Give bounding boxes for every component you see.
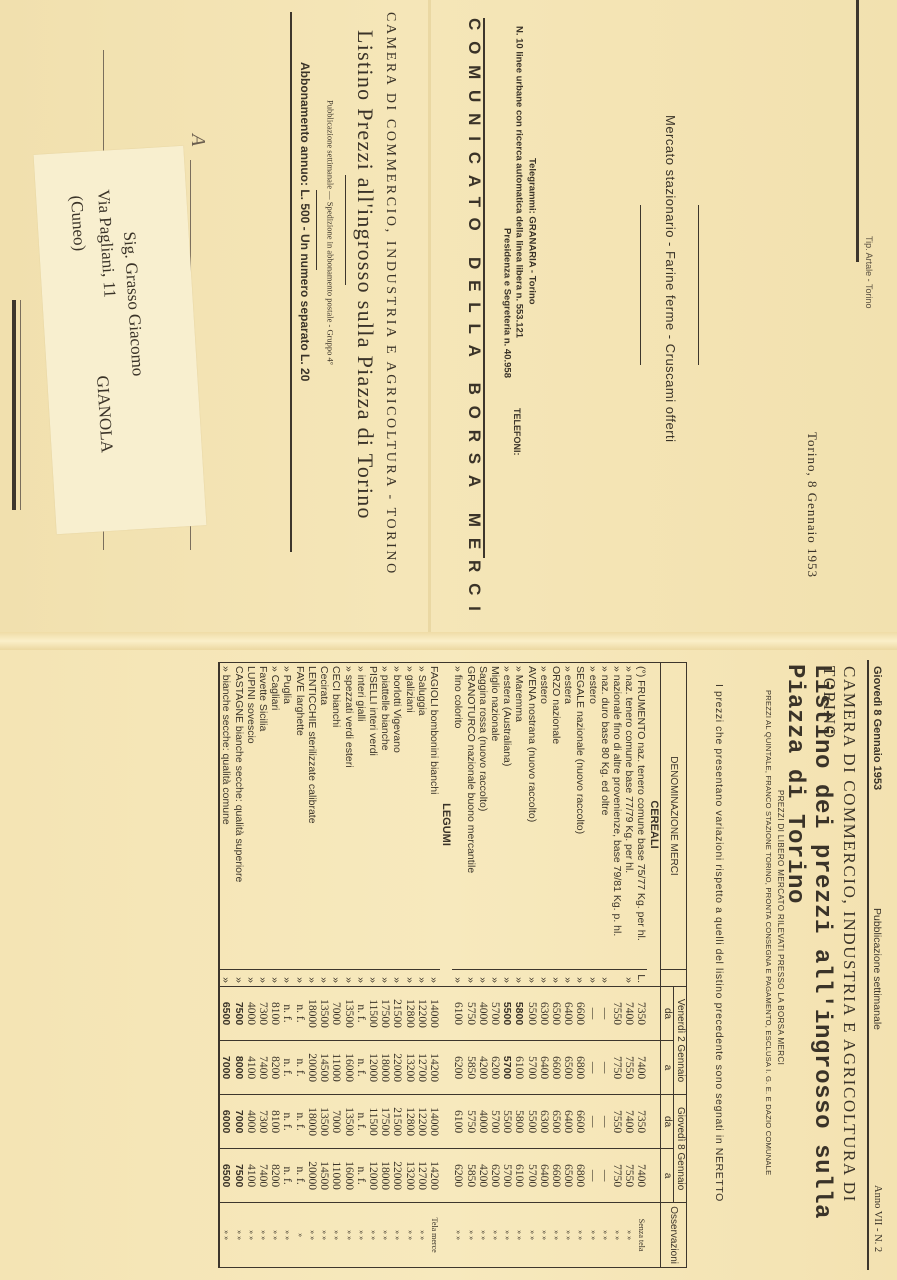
- table-row: Favette Sicilia»7300740073007400» »: [257, 663, 269, 1268]
- unit: »: [379, 970, 391, 987]
- curr-from: —: [586, 1095, 598, 1149]
- cover-chamber: CAMERA DI COMMERCIO, INDUSTRIA E AGRICOL…: [383, 12, 397, 576]
- cover-title-rule: [345, 175, 346, 285]
- curr-to: 4200: [477, 1149, 489, 1203]
- curr-from: 12200: [416, 1095, 428, 1149]
- col-header-name: DENOMINAZIONE MERCI: [660, 663, 686, 970]
- table-row: » Puglia»n. f.n. f.n. f.n. f.» »: [281, 663, 293, 1268]
- curr-to: —: [586, 1149, 598, 1203]
- unit: »: [281, 970, 293, 987]
- curr-from: 13500: [318, 1095, 330, 1149]
- table-row: Saggina rossa (nuovo raccolto)»400042004…: [477, 663, 489, 1268]
- prev-from: n. f.: [281, 987, 293, 1041]
- telefoni-line-1: Presidenza e Segreteria n. 40.958: [502, 228, 512, 378]
- observations: » »: [452, 1203, 464, 1268]
- prev-from: 4000: [245, 987, 257, 1041]
- table-row: » nazionale fino di altre provenienze, b…: [611, 663, 623, 1268]
- curr-to: 8200: [269, 1149, 281, 1203]
- curr-from: 5800: [513, 1095, 525, 1149]
- unit: »: [403, 970, 415, 987]
- commodity-name: LENTICCHIE sterilizzate calibrate: [306, 663, 318, 970]
- commodity-name: » Cagliari: [269, 663, 281, 970]
- commodity-name: » borlotti Vigevano: [391, 663, 403, 970]
- curr-from: 6400: [562, 1095, 574, 1149]
- unit: [611, 970, 623, 987]
- unit: »: [342, 970, 354, 987]
- prev-to: 5700: [501, 1041, 513, 1095]
- table-row: » Saluggia»12200127001220012700» »: [416, 663, 428, 1268]
- curr-to: 6500: [219, 1149, 232, 1203]
- observations: » »: [281, 1203, 293, 1268]
- prev-to: 8200: [269, 1041, 281, 1095]
- table-row: GRANOTURCO nazionale buono mercantile»57…: [464, 663, 476, 1268]
- table-row: » interi gialli»n. f.n. f.n. f.n. f.» »: [355, 663, 367, 1268]
- unit: »: [501, 970, 513, 987]
- curr-from: 4000: [245, 1095, 257, 1149]
- observations: » »: [330, 1203, 342, 1268]
- commodity-name: » estero: [586, 663, 598, 970]
- observations: » »: [538, 1203, 550, 1268]
- col-header-unit: [660, 970, 686, 987]
- observations: » »: [489, 1203, 501, 1268]
- table-row: AVENA nostrana (nuovo raccolto)»55005700…: [525, 663, 537, 1268]
- cover-title: Listino Prezzi all'ingrosso sulla Piazza…: [354, 30, 376, 520]
- table-row: LUPINI sovescio»4000410040004100» »: [245, 663, 257, 1268]
- prev-to: 5700: [525, 1041, 537, 1095]
- curr-to: 6200: [489, 1149, 501, 1203]
- fold-line: [428, 0, 431, 640]
- commodity-name: CECI bianchi: [330, 663, 342, 970]
- observations: » »: [355, 1203, 367, 1268]
- col-header-obs: Osservazioni: [660, 1203, 686, 1268]
- table-row: » galiziani»12800132001280013200» »: [403, 663, 415, 1268]
- prev-to: n. f.: [281, 1041, 293, 1095]
- curr-from: 7550: [611, 1095, 623, 1149]
- prev-from: 21500: [391, 987, 403, 1041]
- prev-from: 5700: [489, 987, 501, 1041]
- curr-to: n. f.: [294, 1149, 306, 1203]
- curr-to: 6600: [550, 1149, 562, 1203]
- prev-to: 7550: [623, 1041, 635, 1095]
- observations: » »: [477, 1203, 489, 1268]
- commodity-name: » estera (Australiana): [501, 663, 513, 970]
- observations: » »: [513, 1203, 525, 1268]
- prev-to: n. f.: [294, 1041, 306, 1095]
- curr-from: 14000: [428, 1095, 440, 1149]
- curr-to: 7500: [232, 1149, 244, 1203]
- prev-to: —: [599, 1041, 611, 1095]
- observations: » »: [623, 1203, 635, 1268]
- commodity-name: » interi gialli: [355, 663, 367, 970]
- publication-note: Pubblicazione settimanale — Spedizione i…: [326, 100, 335, 365]
- col-header-curr-to: a: [660, 1149, 673, 1203]
- table-row: LENTICCHIE sterilizzate calibrate»180002…: [306, 663, 318, 1268]
- observations: » »: [391, 1203, 403, 1268]
- curr-from: 6300: [538, 1095, 550, 1149]
- table-row: » spezzati verdi esteri»1350016000135001…: [342, 663, 354, 1268]
- handwritten-mark: A: [188, 134, 208, 146]
- curr-to: 4100: [245, 1149, 257, 1203]
- publication-rule: [316, 190, 317, 270]
- col-header-prev-to: a: [660, 1041, 673, 1095]
- curr-to: 13200: [403, 1149, 415, 1203]
- curr-to: 20000: [306, 1149, 318, 1203]
- address-bar: [12, 300, 16, 510]
- listino-page: Giovedì 8 Gennaio 1953 Pubblicazione set…: [0, 650, 897, 1280]
- unit: »: [257, 970, 269, 987]
- unit: »: [586, 970, 598, 987]
- prev-to: 6400: [538, 1041, 550, 1095]
- observations: » »: [306, 1203, 318, 1268]
- table-row: CECI bianchi»700011000700011000» »: [330, 663, 342, 1268]
- prev-from: 7500: [232, 987, 244, 1041]
- prev-to: 14500: [318, 1041, 330, 1095]
- prev-to: 12700: [416, 1041, 428, 1095]
- unit: »: [416, 970, 428, 987]
- curr-to: 6400: [538, 1149, 550, 1203]
- curr-from: 7400: [623, 1095, 635, 1149]
- prev-to: 6100: [513, 1041, 525, 1095]
- curr-to: n. f.: [281, 1149, 293, 1203]
- commodity-name: SEGALE nazionale (nuovo raccolto): [574, 663, 586, 970]
- prev-to: 8000: [232, 1041, 244, 1095]
- comunicato-rule: [483, 18, 485, 558]
- commodity-name: FAGIOLI bombonini bianchi: [428, 663, 440, 970]
- observations: » »: [245, 1203, 257, 1268]
- col-header-prev: Venerdì 2 Gennaio: [673, 987, 686, 1095]
- unit: »: [391, 970, 403, 987]
- curr-from: 4000: [477, 1095, 489, 1149]
- curr-to: 14200: [428, 1149, 440, 1203]
- prev-to: 5850: [464, 1041, 476, 1095]
- prev-to: 14200: [428, 1041, 440, 1095]
- table-row: Miglio nazionale»5700620057006200» »: [489, 663, 501, 1268]
- prev-to: 6500: [562, 1041, 574, 1095]
- unit: »: [489, 970, 501, 987]
- prev-to: 11000: [330, 1041, 342, 1095]
- issue-publication: Pubblicazione settimanale: [871, 908, 883, 1030]
- commodity-name: LUPINI sovescio: [245, 663, 257, 970]
- curr-from: 6100: [452, 1095, 464, 1149]
- prev-to: 20000: [306, 1041, 318, 1095]
- unit: »: [525, 970, 537, 987]
- prev-to: 6600: [550, 1041, 562, 1095]
- prev-from: 6400: [562, 987, 574, 1041]
- prev-to: n. f.: [355, 1041, 367, 1095]
- unit: »: [294, 970, 306, 987]
- commodity-name: » fino colorito: [452, 663, 464, 970]
- curr-from: 7350: [635, 1095, 647, 1149]
- commodity-name: » naz. tenero comune base 77/79 Kg. per …: [623, 663, 635, 970]
- unit: »: [269, 970, 281, 987]
- prev-to: 4100: [245, 1041, 257, 1095]
- commodity-name: » Maremma: [513, 663, 525, 970]
- curr-to: 12000: [367, 1149, 379, 1203]
- prev-to: 7000: [219, 1041, 232, 1095]
- curr-to: 7400: [635, 1149, 647, 1203]
- observations: » »: [611, 1203, 623, 1268]
- table-row: » piattelle bianche»17500180001750018000…: [379, 663, 391, 1268]
- comunicato-title: COMUNICATO DELLA BORSA MERCI: [466, 18, 483, 622]
- curr-to: 6500: [562, 1149, 574, 1203]
- curr-from: n. f.: [294, 1095, 306, 1149]
- unit: »: [464, 970, 476, 987]
- commodity-name: (°) FRUMENTO naz. tenero comune base 75/…: [635, 663, 647, 970]
- table-row: » Cagliari»8100820081008200» »: [269, 663, 281, 1268]
- prev-from: 5750: [464, 987, 476, 1041]
- prev-to: 12000: [367, 1041, 379, 1095]
- unit: »: [599, 970, 611, 987]
- table-row: » naz. duro base 80 Kg. ed oltre»————» »: [599, 663, 611, 1268]
- commodity-name: » naz. duro base 80 Kg. ed oltre: [599, 663, 611, 970]
- unit: »: [232, 970, 244, 987]
- telefoni-label: TELEFONI:: [512, 408, 521, 456]
- commodity-name: » galiziani: [403, 663, 415, 970]
- table-row: (°) FRUMENTO naz. tenero comune base 75/…: [635, 663, 647, 1268]
- prev-to: 13200: [403, 1041, 415, 1095]
- curr-from: 7300: [257, 1095, 269, 1149]
- unit: »: [623, 970, 635, 987]
- prev-from: 6100: [452, 987, 464, 1041]
- address-province: (Cuneo): [68, 195, 88, 252]
- section-cereali: CEREALI: [647, 663, 660, 987]
- prev-from: 6500: [219, 987, 232, 1041]
- issue-number: Anno VII - N. 2: [872, 1185, 883, 1252]
- section-legumi: LEGUMI: [440, 663, 452, 987]
- prev-to: 18000: [379, 1041, 391, 1095]
- observations: » »: [464, 1203, 476, 1268]
- unit: »: [245, 970, 257, 987]
- cover-top-rule: [856, 0, 859, 262]
- unit: »: [538, 970, 550, 987]
- curr-to: 6800: [574, 1149, 586, 1203]
- observations: » »: [379, 1203, 391, 1268]
- prev-to: 7400: [635, 1041, 647, 1095]
- prev-from: 6500: [550, 987, 562, 1041]
- observations: » »: [501, 1203, 513, 1268]
- curr-to: 18000: [379, 1149, 391, 1203]
- prev-from: 7300: [257, 987, 269, 1041]
- observations: Tela merce: [428, 1203, 440, 1268]
- commodity-name: CASTAGNE bianche secche: qualità superio…: [232, 663, 244, 970]
- prev-from: n. f.: [355, 987, 367, 1041]
- unit: »: [367, 970, 379, 987]
- prev-from: 18000: [306, 987, 318, 1041]
- curr-from: 7000: [232, 1095, 244, 1149]
- curr-to: 22000: [391, 1149, 403, 1203]
- observations: » »: [342, 1203, 354, 1268]
- curr-to: 5850: [464, 1149, 476, 1203]
- unit: »: [330, 970, 342, 987]
- table-row: FAGIOLI bombonini bianchi»14000142001400…: [428, 663, 440, 1268]
- address-label: [34, 146, 207, 534]
- observations: » »: [403, 1203, 415, 1268]
- commodity-name: FAVE larghette: [294, 663, 306, 970]
- table-row: » estera (Australiana)»5500570055005700»…: [501, 663, 513, 1268]
- prev-to: 6200: [452, 1041, 464, 1095]
- prev-to: 6200: [489, 1041, 501, 1095]
- listino-subtitle-1: PREZZI DI LIBERO MERCATO RILEVATI PRESSO…: [776, 790, 785, 1065]
- table-row: Cecirata»13500145001350014500» »: [318, 663, 330, 1268]
- curr-to: n. f.: [355, 1149, 367, 1203]
- curr-from: n. f.: [281, 1095, 293, 1149]
- curr-from: 5700: [489, 1095, 501, 1149]
- observations: » »: [525, 1203, 537, 1268]
- commodity-name: » spezzati verdi esteri: [342, 663, 354, 970]
- header-rule: [868, 660, 870, 1270]
- table-row: » naz. tenero comune base 77/79 Kg. per …: [623, 663, 635, 1268]
- table-row: PISELLI interi verdi»1150012000115001200…: [367, 663, 379, 1268]
- curr-from: 13500: [342, 1095, 354, 1149]
- prev-to: 16000: [342, 1041, 354, 1095]
- issue-date: Giovedì 8 Gennaio 1953: [871, 666, 883, 790]
- observations: » »: [367, 1203, 379, 1268]
- observations: » »: [586, 1203, 598, 1268]
- unit: »: [562, 970, 574, 987]
- unit: »: [219, 970, 232, 987]
- commodity-name: Saggina rossa (nuovo raccolto): [477, 663, 489, 970]
- commodity-name: » Saluggia: [416, 663, 428, 970]
- unit: »: [428, 970, 440, 987]
- telegrammi: Telegrammi: GRANARIA - Torino: [527, 158, 537, 305]
- prev-from: 17500: [379, 987, 391, 1041]
- prev-from: 13500: [318, 987, 330, 1041]
- unit: »: [355, 970, 367, 987]
- subscription-note: Abbonamento annuo: L. 500 - Un numero se…: [299, 62, 311, 381]
- curr-from: —: [599, 1095, 611, 1149]
- commodity-name: » estero: [538, 663, 550, 970]
- prev-from: 12800: [403, 987, 415, 1041]
- col-header-curr-from: da: [660, 1095, 673, 1149]
- prev-from: 7000: [330, 987, 342, 1041]
- curr-from: 18000: [306, 1095, 318, 1149]
- observations: » »: [257, 1203, 269, 1268]
- unit: »: [574, 970, 586, 987]
- prev-from: 12200: [416, 987, 428, 1041]
- curr-to: —: [599, 1149, 611, 1203]
- curr-to: 7750: [611, 1149, 623, 1203]
- address-line-3: [20, 300, 21, 510]
- unit: »: [318, 970, 330, 987]
- table-row: » estero»6300640063006400» »: [538, 663, 550, 1268]
- prev-from: —: [599, 987, 611, 1041]
- curr-from: 6600: [574, 1095, 586, 1149]
- cover-bottom-rule: [290, 12, 292, 552]
- commodity-name: » nazionale fino di altre provenienze, b…: [611, 663, 623, 970]
- observations: » »: [550, 1203, 562, 1268]
- observations: » »: [219, 1203, 232, 1268]
- prev-from: 5500: [525, 987, 537, 1041]
- table-row: » Maremma»5800610058006100» »: [513, 663, 525, 1268]
- prev-from: 8100: [269, 987, 281, 1041]
- col-header-curr: Giovedì 8 Gennaio: [673, 1095, 686, 1203]
- table-row: SEGALE nazionale (nuovo raccolto)»660068…: [574, 663, 586, 1268]
- observations: Senza tela: [635, 1203, 647, 1268]
- curr-from: 11500: [367, 1095, 379, 1149]
- prev-to: 6800: [574, 1041, 586, 1095]
- prev-from: n. f.: [294, 987, 306, 1041]
- table-row: » borlotti Vigevano»21500220002150022000…: [391, 663, 403, 1268]
- cover-date: Torino, 8 Gennaio 1953: [806, 432, 819, 578]
- observations: » »: [232, 1203, 244, 1268]
- prev-from: 5500: [501, 987, 513, 1041]
- commodity-name: » bianche secche: qualità comune: [219, 663, 232, 970]
- table-row: » fino colorito»6100620061006200» »: [452, 663, 464, 1268]
- curr-from: 6000: [219, 1095, 232, 1149]
- imprint: Tip. Artale - Torino: [864, 236, 873, 309]
- commodity-name: Favette Sicilia: [257, 663, 269, 970]
- prev-to: 22000: [391, 1041, 403, 1095]
- table-row: » bianche secche: qualità comune»6500700…: [219, 663, 232, 1268]
- market-note: Mercato stazionario - Farine ferme - Cru…: [664, 115, 677, 443]
- observations: » »: [574, 1203, 586, 1268]
- prev-from: 14000: [428, 987, 440, 1041]
- listino-note: I prezzi che presentano variazioni rispe…: [713, 684, 725, 1202]
- observations: » »: [562, 1203, 574, 1268]
- curr-from: 6500: [550, 1095, 562, 1149]
- curr-to: 5700: [501, 1149, 513, 1203]
- commodity-name: Miglio nazionale: [489, 663, 501, 970]
- unit: »: [477, 970, 489, 987]
- prev-from: —: [586, 987, 598, 1041]
- prev-from: 6300: [538, 987, 550, 1041]
- commodity-name: GRANOTURCO nazionale buono mercantile: [464, 663, 476, 970]
- prev-from: 11500: [367, 987, 379, 1041]
- curr-from: 5500: [525, 1095, 537, 1149]
- commodity-name: PISELLI interi verdi: [367, 663, 379, 970]
- telefoni-line-2: N. 10 linee urbane con ricerca automatic…: [514, 26, 524, 338]
- col-header-prev-from: da: [660, 987, 673, 1041]
- curr-from: n. f.: [355, 1095, 367, 1149]
- prev-to: 7750: [611, 1041, 623, 1095]
- observations: » »: [599, 1203, 611, 1268]
- prev-from: 6600: [574, 987, 586, 1041]
- observations: » »: [416, 1203, 428, 1268]
- curr-from: 8100: [269, 1095, 281, 1149]
- unit: »: [306, 970, 318, 987]
- curr-from: 21500: [391, 1095, 403, 1149]
- address-city: GIANOLA: [94, 375, 116, 453]
- prev-from: 13500: [342, 987, 354, 1041]
- prev-to: 4200: [477, 1041, 489, 1095]
- observations: » »: [318, 1203, 330, 1268]
- listino-title: Listino dei prezzi all'ingrosso sulla Pi…: [781, 664, 835, 1280]
- commodity-name: » Puglia: [281, 663, 293, 970]
- curr-to: 6200: [452, 1149, 464, 1203]
- curr-to: 12700: [416, 1149, 428, 1203]
- commodity-name: ORZO nazionale: [550, 663, 562, 970]
- prev-from: 4000: [477, 987, 489, 1041]
- curr-to: 16000: [342, 1149, 354, 1203]
- curr-to: 7550: [623, 1149, 635, 1203]
- table-row: ORZO nazionale»6500660065006600» »: [550, 663, 562, 1268]
- prev-to: 7400: [257, 1041, 269, 1095]
- market-note-rule-2: [698, 205, 699, 365]
- unit: »: [452, 970, 464, 987]
- curr-from: 7000: [330, 1095, 342, 1149]
- curr-from: 12800: [403, 1095, 415, 1149]
- curr-to: 6100: [513, 1149, 525, 1203]
- prev-from: 5800: [513, 987, 525, 1041]
- observations: »: [294, 1203, 306, 1268]
- prev-from: 7400: [623, 987, 635, 1041]
- prev-from: 7350: [635, 987, 647, 1041]
- curr-to: 5700: [525, 1149, 537, 1203]
- observations: » »: [269, 1203, 281, 1268]
- curr-to: 11000: [330, 1149, 342, 1203]
- commodity-name: » estera: [562, 663, 574, 970]
- listino-subtitle-2: PREZZI AL QUINTALE, FRANCO STAZIONE TORI…: [764, 690, 773, 1175]
